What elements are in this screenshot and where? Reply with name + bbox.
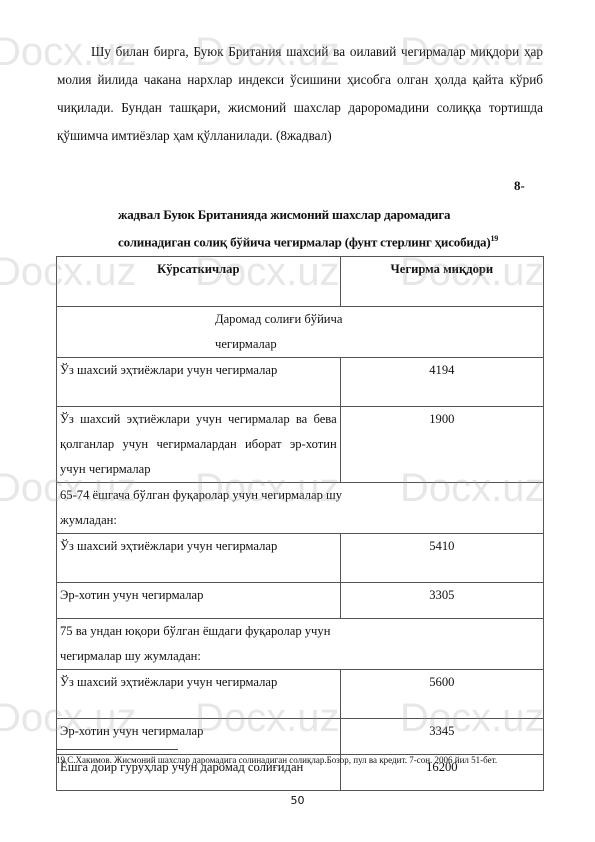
amount-cell: 3345 — [340, 719, 543, 755]
caption-line-1: жадвал Буюк Британияда жисмоний шахслар … — [118, 203, 548, 227]
amount-cell: 1900 — [340, 407, 543, 483]
table-row: Ўз шахсий эҳтиёжлари учун чегирмалар ва … — [57, 407, 544, 483]
deductions-table: Кўрсаткичлар Чегирма миқдори Даромад сол… — [56, 256, 544, 791]
caption-line-2: солинадиган солиқ бўйича чегирмалар (фун… — [118, 227, 548, 254]
table-header-row: Кўрсаткичлар Чегирма миқдори — [57, 257, 544, 307]
table-caption: жадвал Буюк Британияда жисмоний шахслар … — [118, 203, 548, 254]
body-paragraph: Шу билан бирга, Буюк Британия шахсий ва … — [57, 38, 543, 150]
group-heading-cell: 65-74 ёшгача бўлган фуқаролар учун чегир… — [57, 483, 544, 534]
table-row: Ўз шахсий эҳтиёжлари учун чегирмалар4194 — [57, 358, 544, 407]
amount-cell: 3305 — [340, 583, 543, 619]
table-row: Ўз шахсий эҳтиёжлари учун чегирмалар5600 — [57, 670, 544, 719]
header-indicators: Кўрсаткичлар — [57, 257, 341, 307]
group-heading-cell: 75 ва ундан юқори бўлган ёшдаги фуқарола… — [57, 619, 544, 670]
section-heading-cell: Даромад солиғи бўйича чегирмалар — [57, 307, 544, 358]
indicator-cell: Эр-хотин учун чегирмалар — [57, 583, 341, 619]
table-row: Ўз шахсий эҳтиёжлари учун чегирмалар5410 — [57, 534, 544, 583]
table-row: 65-74 ёшгача бўлган фуқаролар учун чегир… — [57, 483, 544, 534]
amount-cell: 5410 — [340, 534, 543, 583]
indicator-cell: Ўз шахсий эҳтиёжлари учун чегирмалар ва … — [57, 407, 341, 483]
table-row: 75 ва ундан юқори бўлган ёшдаги фуқарола… — [57, 619, 544, 670]
footnote-reference[interactable]: 19 — [491, 234, 499, 243]
table-row: Даромад солиғи бўйича чегирмалар — [57, 307, 544, 358]
footnote-separator — [56, 749, 178, 750]
page-number: 50 — [0, 794, 595, 807]
indicator-cell: Ўз шахсий эҳтиёжлари учун чегирмалар — [57, 358, 341, 407]
amount-cell: 5600 — [340, 670, 543, 719]
footnote: 19 С.Хакимов. Жисмоний шахслар даромадиг… — [56, 753, 544, 767]
indicator-cell: Ўз шахсий эҳтиёжлари учун чегирмалар — [57, 670, 341, 719]
indicator-cell: Ўз шахсий эҳтиёжлари учун чегирмалар — [57, 534, 341, 583]
amount-cell: 4194 — [340, 358, 543, 407]
table-row: Эр-хотин учун чегирмалар3305 — [57, 583, 544, 619]
header-deduction-amount: Чегирма миқдори — [340, 257, 543, 307]
table-caption-number: 8- — [514, 178, 525, 194]
paragraph-text: Шу билан бирга, Буюк Британия шахсий ва … — [57, 44, 543, 143]
